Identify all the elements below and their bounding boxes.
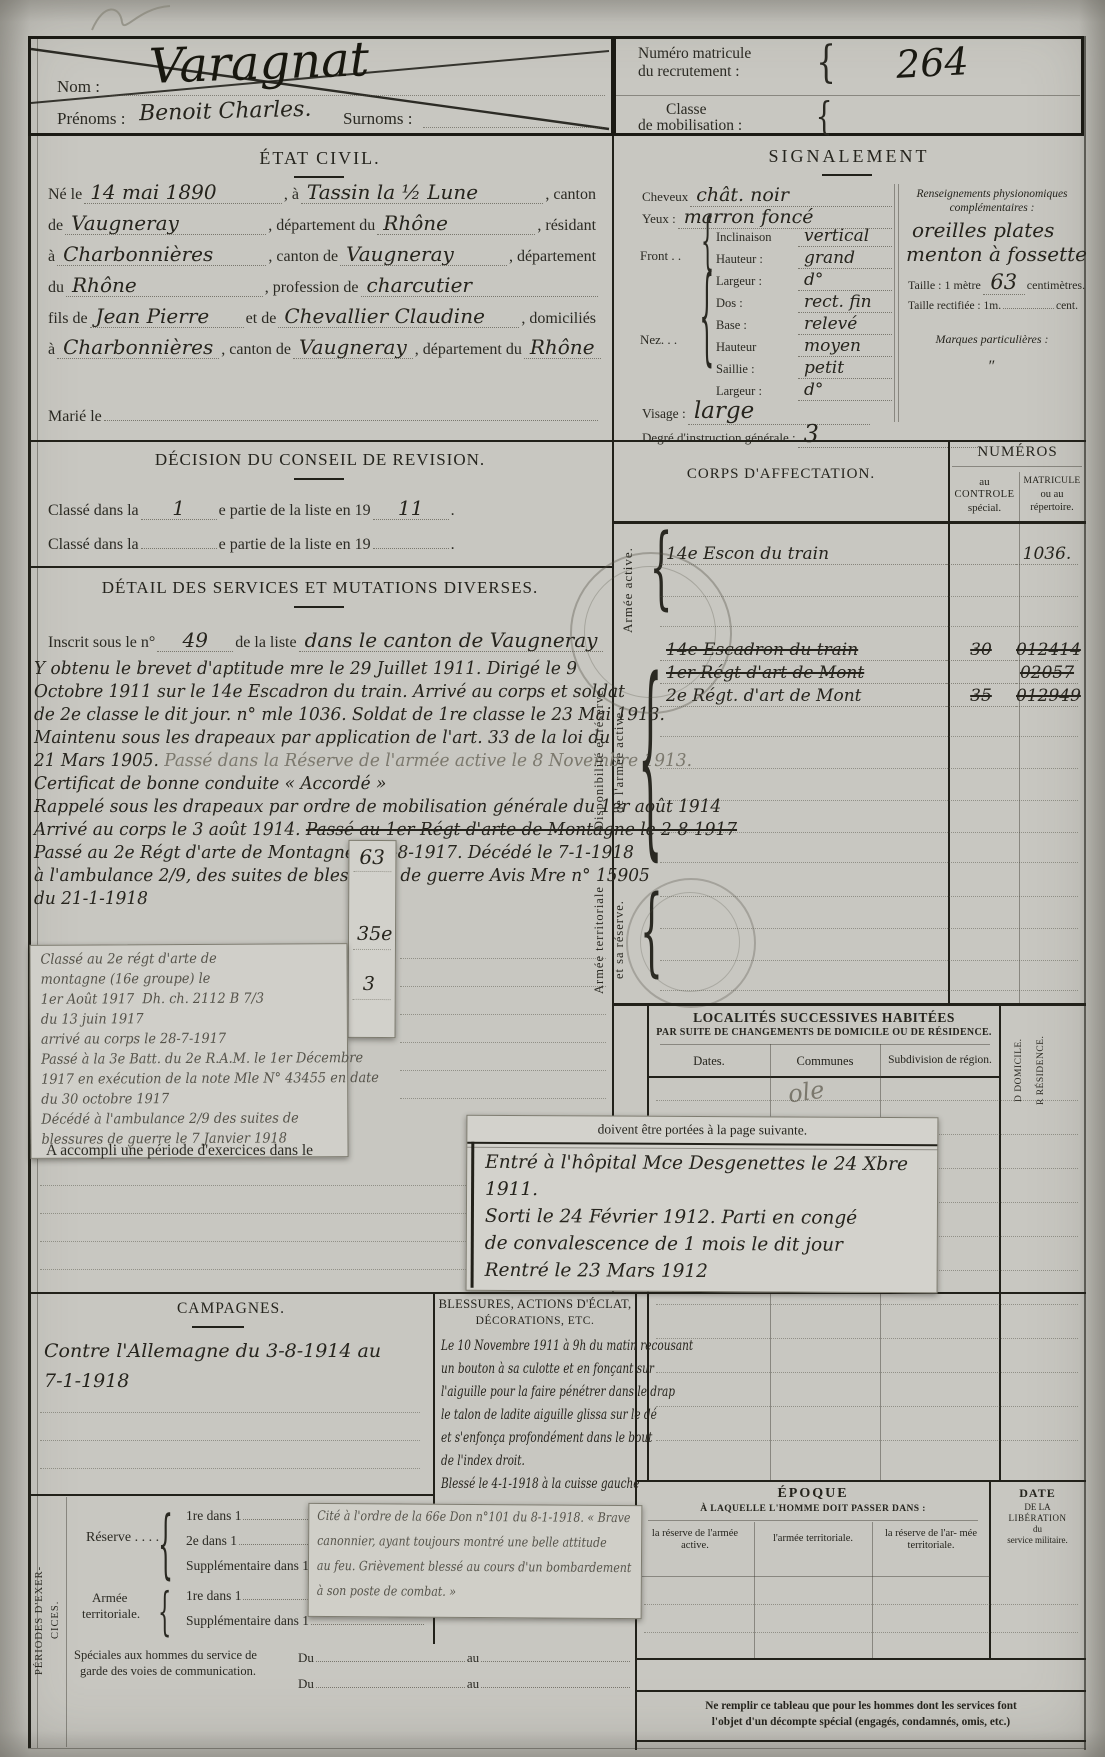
segment: d°: [798, 382, 892, 401]
taille-rect-unit: cent.: [1054, 300, 1080, 312]
segment: , profession de: [263, 279, 361, 297]
name-box: Nom : Varagnat Prénoms : Benoit Charles.…: [28, 36, 614, 136]
services-line: de 2e classe le dit jour. n° mle 1036. S…: [34, 704, 609, 727]
margin-number-3: 3: [363, 973, 375, 995]
right-slip-rule-a: [467, 1142, 937, 1146]
segment: Vaugneray: [65, 213, 266, 235]
territoriale-brace: {: [158, 1588, 171, 1639]
date-line-5: service militaire.: [990, 1535, 1085, 1545]
right-slip-line: Rentré le 23 Mars 1912: [485, 1260, 925, 1289]
epoque-subtitle: À LAQUELLE L'HOMME DOIT PASSER DANS :: [636, 1504, 990, 1514]
matricule-box-divider: [616, 95, 1080, 96]
segment: relevé: [798, 316, 892, 335]
note-bottom-line: [636, 1740, 1086, 1742]
campagnes-lines: Contre l'Allemagne du 3-8-1914 au7-1-191…: [44, 1340, 424, 1400]
left-slip-line: montagne (16e groupe) le: [41, 970, 345, 992]
nez-row: Dos :rect. fin: [716, 294, 892, 316]
segment: Maintenu sous les drapeaux par applicati…: [34, 727, 610, 748]
corps-header: CORPS D'AFFECTATION.: [614, 466, 948, 483]
cheveux-label: Cheveux: [640, 189, 690, 205]
taille-rect-label: Taille rectifiée : 1m.: [906, 300, 1003, 312]
segment: de 2e classe le dit jour. n° mle 1036. S…: [34, 704, 665, 725]
matricule-box: Numéro matricule du recrutement : { 264 …: [614, 36, 1084, 136]
segment: [373, 547, 449, 549]
decision-line-1: Classé dans la1e partie de la liste en 1…: [46, 498, 466, 520]
right-slip: doivent être portées à la page suivante.…: [466, 1115, 939, 1293]
services-title-rule: [294, 606, 344, 608]
segment: .: [449, 536, 457, 554]
segment: [946, 564, 1016, 565]
renseignements-label-2: complémentaires :: [906, 202, 1078, 214]
segment: Y obtenu le brevet d'aptitude mre le 29 …: [34, 658, 577, 679]
etat-civil-title-rule: [294, 176, 344, 178]
marie-label: Marié le: [46, 408, 104, 426]
citation-slip: Cité à l'ordre de la 66e Don n°101 du 8-…: [308, 1503, 643, 1619]
renseignements-value-2: menton à fossette: [906, 242, 1087, 266]
services-line: Rappelé sous les drapeaux par ordre de m…: [34, 796, 609, 819]
segment: Saillie :: [716, 362, 798, 377]
segment: charcutier: [361, 275, 599, 297]
front-row: Inclinaisonvertical: [716, 228, 892, 250]
epoque-vline-1: [754, 1522, 755, 1658]
inscrit-line: Inscrit sous le n°49de la listedans le c…: [46, 630, 602, 652]
decision-title-rule: [294, 478, 344, 480]
segment: à: [46, 248, 57, 266]
segment: Charbonnières: [57, 337, 219, 359]
margin-strip: 63 35e 3: [347, 840, 396, 1038]
nom-label: Nom :: [57, 77, 100, 97]
services-line: 21 Mars 1905. Passé dans la Réserve de l…: [34, 750, 609, 773]
corps-col-line-heavy: [948, 440, 950, 1005]
segment: Rhône: [66, 275, 263, 297]
segment: 49: [157, 630, 233, 652]
segment: rect. fin: [798, 294, 892, 313]
segment: Inscrit sous le n°: [46, 634, 157, 652]
territoriale-label-1: Armée: [92, 1590, 127, 1606]
corps-row: 14e Escon du train1036.: [660, 542, 1078, 565]
services-title: DÉTAIL DES SERVICES ET MUTATIONS DIVERSE…: [28, 578, 612, 598]
right-slip-rule-b: [467, 1147, 937, 1150]
signalement-divider-b: [898, 184, 899, 422]
nez-row: Saillie :petit: [716, 360, 892, 382]
campagnes-bottom-line: [28, 1494, 435, 1496]
segment: , à: [282, 186, 301, 204]
cheveux-value: chât. noir: [690, 186, 892, 207]
taille-value: 63: [983, 272, 1025, 295]
numeros-header: NUMÉROS: [950, 444, 1085, 461]
marie-line: Marié le: [46, 408, 598, 426]
etat-civil-line: àCharbonnières, canton deVaugneray, dépa…: [46, 244, 598, 275]
col2-line2: ou au: [1020, 489, 1084, 500]
col1-line3: spécial.: [950, 502, 1019, 514]
yeux-label: Yeux :: [640, 211, 678, 227]
du-label-1: Du: [296, 1650, 316, 1666]
reserve-item-1-label: 1re dans 1: [184, 1508, 243, 1524]
classe-brace: {: [816, 97, 833, 135]
speciales-du-au-1: Du au: [296, 1650, 630, 1666]
margin-number-2: 35e: [357, 923, 393, 945]
blessures-line: Blessé le 4-1-1918 à la cuisse gauche: [441, 1476, 642, 1499]
classe-label-2: de mobilisation :: [638, 117, 742, 135]
right-slip-line: de convalescence de 1 mois le dit jour: [485, 1233, 925, 1262]
segment: , département du: [266, 217, 377, 235]
segment: e partie de la liste en 19: [217, 502, 373, 520]
citation-lines: Cité à l'ordre de la 66e Don n°101 du 8-…: [317, 1509, 641, 1611]
right-slip-lines: Entré à l'hôpital Mce Desgenettes le 24 …: [485, 1152, 926, 1289]
blessures-line: et s'enfonça profondément dans le bout: [441, 1430, 642, 1453]
localites-header-underline: [647, 1076, 1001, 1078]
degre-row: Degré d'instruction générale : 3: [640, 422, 980, 448]
matricule-value: 264: [895, 39, 970, 87]
segment: Hauteur: [716, 340, 798, 355]
blessures-line: le talon de ladite aiguille glissa sur l…: [441, 1407, 642, 1430]
prenoms-label: Prénoms :: [57, 109, 125, 129]
col1-line1: au: [950, 476, 1019, 488]
segment: e partie de la liste en 19: [217, 536, 373, 554]
nez-row: Base :relevé: [716, 316, 892, 338]
segment: Rhône: [524, 337, 601, 359]
etat-civil-line: deVaugneray, département duRhône, résida…: [46, 213, 598, 244]
segment: Passé au 1er Régt d'arte de Montagne le …: [306, 819, 737, 840]
services-line: à l'ambulance 2/9, des suites de blessur…: [34, 865, 609, 888]
segment: , canton: [543, 186, 598, 204]
margin-number-1: 63: [359, 845, 385, 869]
segment: [141, 547, 217, 549]
services-line: Y obtenu le brevet d'aptitude mre le 29 …: [34, 658, 609, 681]
speciales-label-2: garde des voies de communication.: [80, 1664, 256, 1679]
left-slip-line: du 13 juin 1917: [41, 1010, 345, 1032]
corps-header-underline: [614, 521, 1086, 524]
matricule-label-2: du recrutement :: [638, 63, 740, 81]
segment: moyen: [798, 338, 892, 357]
au-fill-2: [481, 1686, 630, 1688]
left-slip-line: Décédé à l'ambulance 2/9 des suites de: [41, 1110, 345, 1132]
left-slip-line: 1er Août 1917 Dh. ch. 2112 B 7/3: [41, 990, 345, 1012]
segment: Rhône: [377, 213, 535, 235]
marques-value: ″: [906, 358, 1078, 376]
segment: 30: [946, 641, 1016, 661]
territoriale-label-2: territoriale.: [82, 1606, 140, 1622]
etat-civil-line: duRhône, profession decharcutier: [46, 275, 598, 306]
nez-label: Nez. . .: [640, 332, 677, 348]
segment: Né le: [46, 186, 84, 204]
du-fill-2: [316, 1686, 465, 1688]
epoque-title: ÉPOQUE: [636, 1486, 990, 1502]
segment: Tassin la ½ Lune: [301, 182, 543, 204]
taille-rect-row: Taille rectifiée : 1m. cent.: [906, 300, 1080, 312]
left-slip-line: du 30 octobre 1917: [41, 1090, 345, 1112]
segment: du 21-1-1918: [34, 888, 148, 909]
corps-row: 2e Régt. d'art de Mont35012949: [660, 684, 1078, 707]
segment: du: [46, 279, 66, 297]
blessures-lines: Le 10 Novembre 1911 à 9h du matin recous…: [441, 1338, 642, 1499]
date-title: DATE: [990, 1486, 1085, 1501]
accompli-label: A accompli une période d'exercices dans …: [46, 1142, 313, 1160]
taille-row: Taille : 1 mètre 63 centimètres.: [906, 272, 1080, 295]
circular-stamp-1-inner: [584, 566, 716, 698]
epoque-top-line: [636, 1480, 1086, 1482]
territoriale-item-1-label: 1re dans 1: [184, 1588, 243, 1604]
segment: dans le canton de Vaugneray: [299, 630, 604, 652]
right-slip-left-border: [471, 1142, 475, 1288]
left-slip-line: 1917 en exécution de la note Mle N° 4345…: [41, 1070, 345, 1092]
left-slip-lines: Classé au 2e régt d'arte demontagne (16e…: [40, 950, 345, 1152]
front-row: Hauteur :grand: [716, 250, 892, 272]
right-slip-printed: doivent être portées à la page suivante.: [467, 1121, 937, 1139]
segment: Classé dans la: [46, 502, 141, 520]
taille-label: Taille : 1 mètre: [906, 278, 983, 293]
services-line: du 21-1-1918: [34, 888, 609, 911]
epoque-title-rule: [648, 1520, 978, 1521]
segment: 14 mai 1890: [84, 182, 282, 204]
segment: 02057: [1016, 664, 1078, 684]
du-label-2: Du: [296, 1676, 316, 1692]
segment: , canton de: [219, 341, 293, 359]
segment: fils de: [46, 310, 90, 328]
localites-col-dates: Dates.: [648, 1054, 770, 1069]
segment: .: [449, 502, 457, 520]
frame-bottom-line: [28, 1748, 1086, 1749]
blessures-line: un bouton à sa culotte et en fonçant sur: [441, 1361, 642, 1384]
right-slip-line: Sorti le 24 Février 1912. Parti en congé: [485, 1206, 925, 1235]
visage-label: Visage :: [640, 406, 688, 422]
localites-col-subdivision: Subdivision de région.: [880, 1054, 1000, 1066]
signalement-divider-a: [894, 184, 895, 422]
segment: Inclinaison: [716, 230, 798, 245]
au-label-2: au: [465, 1676, 481, 1692]
campagnes-line: 7-1-1918: [44, 1370, 424, 1400]
nom-value: Varagnat: [148, 31, 370, 95]
section-line-2: [28, 566, 612, 568]
localites-col-communes: Communes: [770, 1054, 880, 1069]
segment: , département du: [413, 341, 524, 359]
segment: Vaugneray: [293, 337, 413, 359]
segment: petit: [798, 360, 892, 379]
degre-label: Degré d'instruction générale :: [640, 430, 798, 446]
services-line: Passé au 2e Régt d'arte de Montagne le 9…: [34, 842, 609, 865]
segment: , département: [507, 248, 598, 266]
group-terr-line2: et sa réserve.: [612, 880, 627, 1000]
territoriale-item-2-fill: [311, 1623, 424, 1625]
prenoms-value: Benoit Charles.: [139, 97, 312, 127]
segment: Octobre 1911 sur le 14e Escadron du trai…: [34, 681, 625, 702]
services-line: Certificat de bonne conduite « Accordé »: [34, 773, 609, 796]
citation-line: canonnier, ayant toujours montré une bel…: [317, 1534, 640, 1561]
segment: 21 Mars 1905.: [34, 750, 164, 771]
taille-rect-fill: [1003, 307, 1054, 309]
au-label-1: au: [465, 1650, 481, 1666]
localites-strip-line: [999, 1003, 1001, 1480]
du-fill-1: [316, 1660, 465, 1662]
services-paragraph: Y obtenu le brevet d'aptitude mre le 29 …: [34, 658, 609, 911]
renseignements-value-1: oreilles plates: [912, 218, 1054, 242]
taille-unit: centimètres.: [1025, 278, 1087, 293]
segment: à l'ambulance 2/9, des suites de blessur…: [34, 865, 650, 886]
epoque-col-3: la réserve de l'ar- mée territoriale.: [876, 1528, 986, 1552]
right-slip-line: 1911.: [485, 1179, 925, 1208]
segment: 012949: [1016, 687, 1078, 707]
au-fill-1: [481, 1660, 630, 1662]
segment: Arrivé au corps le 3 août 1914.: [34, 819, 306, 840]
decision-line-2: Classé dans lae partie de la liste en 19…: [46, 536, 466, 554]
segment: 1036.: [1016, 545, 1078, 565]
signalement-title: SIGNALEMENT: [614, 146, 1084, 167]
speciales-du-au-2: Du au: [296, 1676, 630, 1692]
citation-line: au feu. Grièvement blessé au cours d'un …: [317, 1559, 640, 1586]
segment: Largeur :: [716, 384, 798, 399]
etat-civil-line: fils deJean Pierreet deChevallier Claudi…: [46, 306, 598, 337]
group-terr-line1: Armée territoriale: [592, 880, 607, 1000]
corps-active-rows: 14e Escon du train1036.: [660, 542, 1078, 565]
frame-left-line: [28, 36, 31, 1748]
epoque-col-2: l'armée territoriale.: [758, 1533, 868, 1545]
left-slip-line: arrivé au corps le 28-7-1917: [41, 1030, 345, 1052]
territoriale-item-2-label: Supplémentaire dans 1: [184, 1613, 311, 1629]
citation-line: à son poste de combat. »: [317, 1584, 640, 1611]
services-line: Maintenu sous les drapeaux par applicati…: [34, 727, 609, 750]
segment: Certificat de bonne conduite « Accordé »: [34, 773, 386, 794]
localites-side-domicile: D DOMICILE.: [1014, 1010, 1024, 1130]
segment: , résidant: [535, 217, 598, 235]
segment: Dos :: [716, 296, 798, 311]
campagnes-line: Contre l'Allemagne du 3-8-1914 au: [44, 1340, 424, 1370]
campagnes-title: CAMPAGNES.: [28, 1300, 434, 1318]
matricule-brace: {: [816, 41, 836, 85]
segment: Passé au 2e Régt d'arte de Montagne le 9…: [34, 842, 634, 863]
campagnes-title-rule: [192, 1326, 244, 1328]
segment: 14e Escon du train: [660, 545, 946, 565]
epoque-header-underline: [636, 1576, 990, 1577]
citation-line: Cité à l'ordre de la 66e Don n°101 du 8-…: [317, 1509, 640, 1536]
segment: [946, 683, 1016, 684]
localites-title-rule: [660, 1044, 990, 1045]
reserve-label: Réserve . . . .: [86, 1530, 159, 1546]
reserve-item-2-label: 2e dans 1: [184, 1533, 239, 1549]
numeros-rule: [952, 466, 1082, 467]
periodes-divider: [66, 1497, 67, 1747]
blessures-line: l'aiguille pour la faire pénétrer dans l…: [441, 1384, 642, 1407]
cheveux-row: Cheveux chât. noir: [640, 186, 892, 207]
segment: à: [46, 341, 57, 359]
pencil-mark: [86, 0, 176, 34]
speciales-label-1: Spéciales aux hommes du service de: [74, 1648, 257, 1663]
surnoms-fill-line: [423, 109, 603, 128]
nez-brace: {: [699, 264, 714, 369]
services-line: Octobre 1911 sur le 14e Escadron du trai…: [34, 681, 609, 704]
segment: Chevallier Claudine: [278, 306, 519, 328]
blessures-line: Le 10 Novembre 1911 à 9h du matin recous…: [441, 1338, 642, 1361]
segment: d°: [798, 272, 892, 291]
periodes-vertical-2: CICES.: [50, 1580, 61, 1660]
localites-side-residence: R RÉSIDENCE.: [1036, 1010, 1046, 1130]
blessures-line: de l'index droit.: [441, 1453, 642, 1476]
segment: Hauteur :: [716, 252, 798, 267]
blessures-title-1: BLESSURES, ACTIONS D'ÉCLAT,: [435, 1297, 635, 1312]
section-line-1: [28, 440, 1086, 442]
etat-civil-line: àCharbonnières, canton deVaugneray, dépa…: [46, 337, 598, 368]
decision-title: DÉCISION DU CONSEIL DE REVISION.: [28, 450, 612, 470]
date-line-2: DE LA: [990, 1502, 1085, 1512]
reserve-item-3-label: Supplémentaire dans 1: [184, 1558, 311, 1574]
segment: 35: [946, 687, 1016, 707]
col1-line2: CONTROLE: [950, 489, 1019, 500]
etat-civil-title: ÉTAT CIVIL.: [28, 148, 612, 169]
segment: 1: [141, 498, 217, 520]
periodes-vertical-1: PÉRIODES D'EXER-: [34, 1530, 45, 1710]
segment: Charbonnières: [57, 244, 266, 266]
segment: Vaugneray: [340, 244, 507, 266]
blessures-title-2: DÉCORATIONS, ETC.: [435, 1315, 635, 1327]
marques-label: Marques particulières :: [906, 332, 1078, 347]
front-row: Largeur :d°: [716, 272, 892, 294]
segment: et de: [244, 310, 279, 328]
segment: Jean Pierre: [90, 306, 244, 328]
matricule-label-1: Numéro matricule: [638, 45, 751, 63]
epoque-vline-2: [872, 1522, 873, 1658]
front-label: Front . .: [640, 248, 681, 264]
segment: vertical: [798, 228, 892, 247]
reserve-brace: {: [158, 1508, 173, 1583]
scanned-military-record: Nom : Varagnat Prénoms : Benoit Charles.…: [0, 0, 1105, 1757]
epoque-col-1: la réserve de l'armée active.: [640, 1528, 750, 1552]
left-slip: Classé au 2e régt d'arte demontagne (16e…: [29, 943, 348, 1159]
segment: Classé dans la: [46, 536, 141, 554]
etat-civil-lines: Né le14 mai 1890, àTassin la ½ Lune, can…: [46, 182, 598, 368]
nez-rows: Dos :rect. finBase :relevéHauteurmoyenSa…: [716, 294, 892, 404]
services-line: Arrivé au corps le 3 août 1914. Passé au…: [34, 819, 609, 842]
left-slip-line: Classé au 2e régt d'arte de: [40, 950, 344, 972]
etat-civil-line: Né le14 mai 1890, àTassin la ½ Lune, can…: [46, 182, 598, 213]
marie-fill: [104, 419, 598, 421]
note-top-line: [636, 1690, 1086, 1692]
footer-note-1: Ne remplir ce tableau que pour les homme…: [640, 1700, 1082, 1712]
signalement-title-rule: [822, 174, 872, 176]
renseignements-label-1: Renseignements physionomiques: [906, 188, 1078, 200]
segment: 012414: [1016, 641, 1078, 661]
segment: de la liste: [233, 634, 298, 652]
nez-row: Hauteurmoyen: [716, 338, 892, 360]
epoque-bottom-line: [636, 1658, 1086, 1660]
segment: grand: [798, 250, 892, 269]
corps-bottom-line: [614, 1003, 1086, 1006]
col2-line1: MATRICULE: [1020, 476, 1084, 486]
segment: , domiciliés: [519, 310, 598, 328]
right-slip-line: Entré à l'hôpital Mce Desgenettes le 24 …: [485, 1152, 925, 1181]
segment: Largeur :: [716, 274, 798, 289]
circular-stamp-2-inner: [640, 892, 740, 992]
date-line-3: LIBÉRATION: [990, 1513, 1085, 1523]
date-line-4: du: [990, 1524, 1085, 1534]
footer-note-2: l'objet d'un décompte spécial (engagés, …: [640, 1716, 1082, 1728]
localites-subtitle: PAR SUITE DE CHANGEMENTS DE DOMICILE OU …: [648, 1027, 1000, 1038]
segment: 11: [373, 498, 449, 520]
localites-pencil-note: ole: [786, 1076, 826, 1109]
col2-line3: répertoire.: [1020, 502, 1084, 513]
segment: , canton de: [266, 248, 340, 266]
left-slip-line: Passé à la 3e Batt. du 2e R.A.M. le 1er …: [41, 1050, 345, 1072]
localites-title: LOCALITÉS SUCCESSIVES HABITÉES: [648, 1010, 1000, 1026]
front-rows: InclinaisonverticalHauteur :grandLargeur…: [716, 228, 892, 294]
surnoms-label: Surnoms :: [343, 109, 412, 129]
segment: de: [46, 217, 65, 235]
segment: Base :: [716, 318, 798, 333]
